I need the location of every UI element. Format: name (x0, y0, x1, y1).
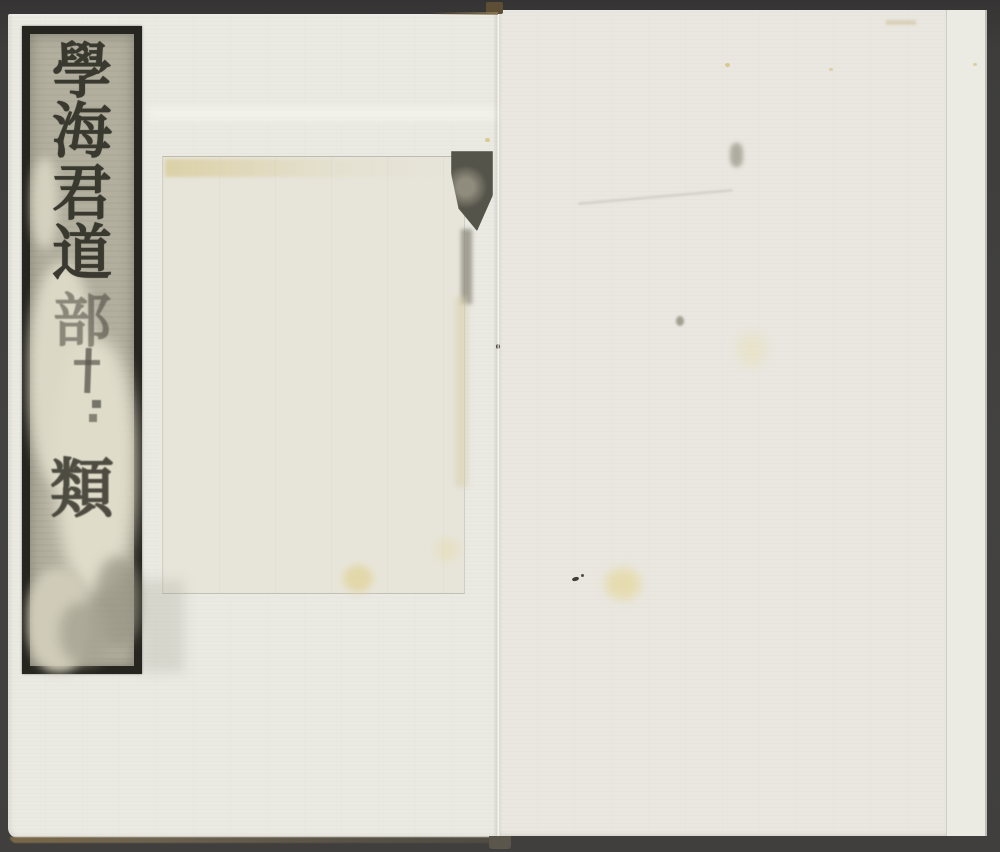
remnant-stroke (89, 414, 97, 422)
title-character-3: 君 (30, 164, 134, 224)
ink-smudge (730, 143, 743, 167)
remnant-stroke (74, 360, 100, 365)
title-character-4: 道 (30, 224, 134, 284)
ink-speck (581, 574, 584, 577)
remnant-stroke (92, 400, 101, 408)
gray-wash (140, 580, 184, 672)
title-character-6: 類 (30, 458, 134, 522)
foxing-stain (738, 332, 766, 366)
tan-stain-band (165, 159, 445, 177)
title-label: 學 海 君 道 部 類 (22, 26, 142, 674)
cover-top-edge-line (428, 12, 498, 15)
ink-speck (572, 576, 580, 582)
foxing-speck (725, 63, 730, 67)
spine-bottom-edge (489, 836, 511, 849)
title-character-5-faded: 部 (30, 292, 134, 350)
foxing-stain (435, 539, 459, 561)
paste-down-impression (162, 156, 465, 594)
label-dark-mottle (60, 602, 110, 664)
paper-highlight-band (148, 106, 498, 121)
dark-residue-streak (461, 229, 472, 304)
foxing-stain (343, 565, 373, 592)
right-page-fore-edge (946, 10, 987, 836)
book-left-page: 學 海 君 道 部 類 (8, 14, 500, 838)
book-right-page (500, 10, 987, 836)
title-character-1: 學 (30, 42, 134, 102)
cover-edge-sliver (10, 837, 497, 843)
foxing-speck (829, 68, 833, 71)
tan-mark (886, 20, 916, 25)
tan-residue-streak (455, 297, 468, 487)
gray-dot-stain (676, 316, 684, 326)
foxing-speck (973, 63, 977, 66)
foxing-speck (485, 138, 490, 142)
dark-residue-patch (451, 151, 493, 231)
center-fold (493, 10, 502, 838)
foxing-stain (605, 568, 641, 600)
title-character-2: 海 (30, 102, 134, 162)
paper-crease (578, 189, 733, 205)
scanner-background: 學 海 君 道 部 類 (0, 0, 1000, 852)
